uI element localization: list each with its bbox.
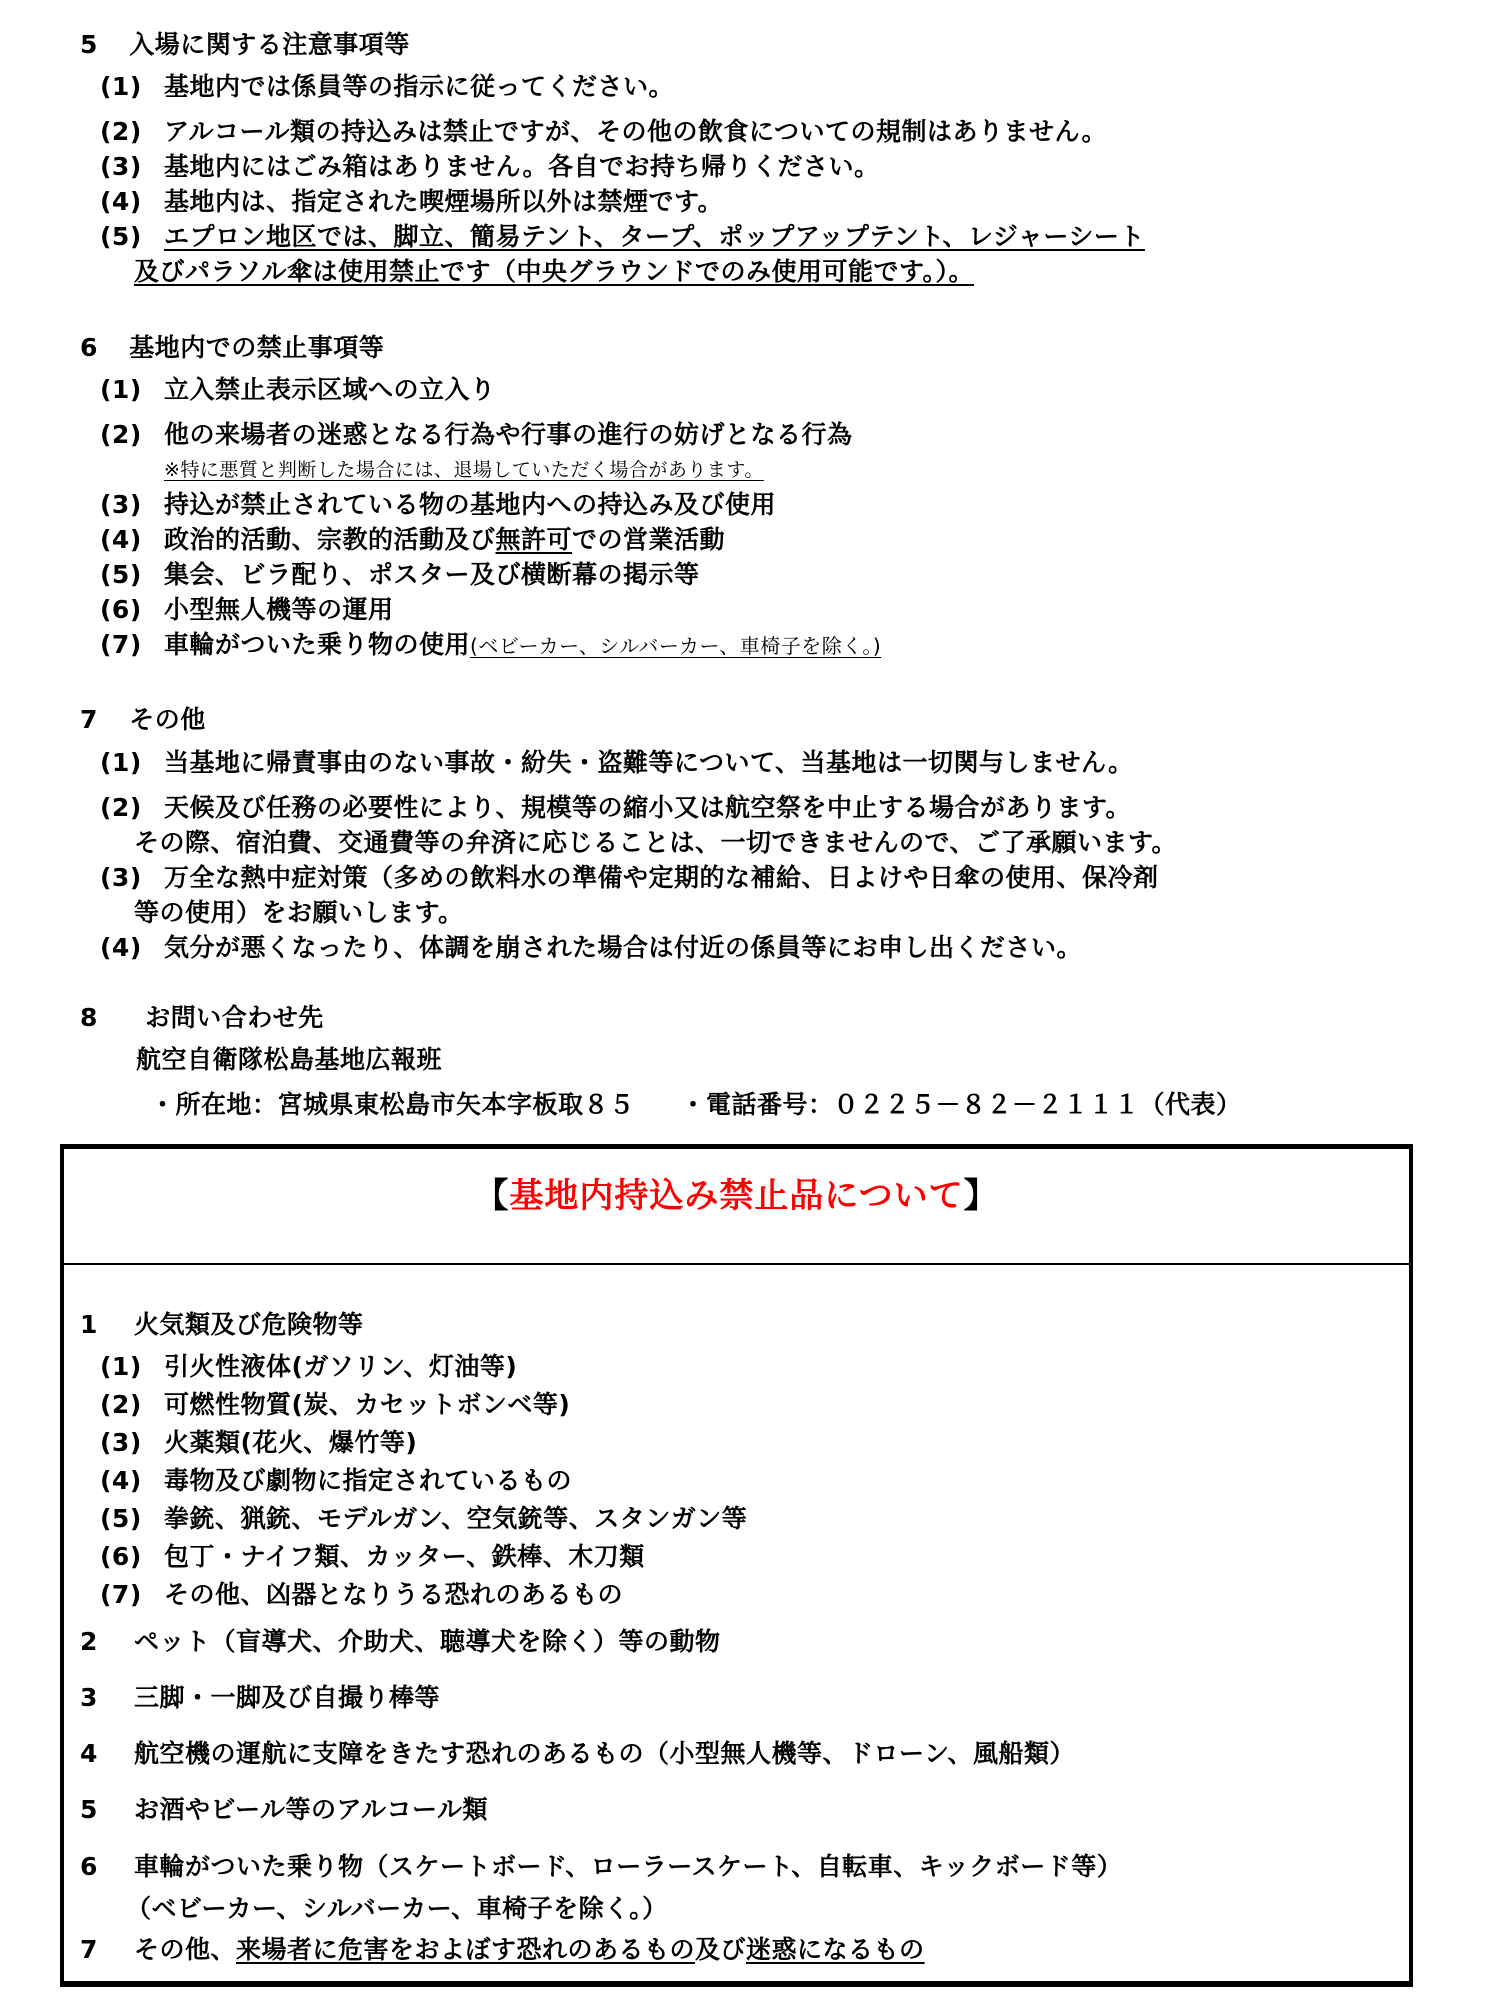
list-item: (5)集会、ビラ配り、ポスター及び横断幕の掲示等 [100, 560, 700, 590]
note: ※特に悪質と判断した場合には、退場していただく場合があります。 [164, 458, 764, 482]
prohibited-item: 3三脚・一脚及び自撮り棒等 [80, 1683, 440, 1713]
list-item: (3)持込が禁止されている物の基地内への持込み及び使用 [100, 490, 776, 520]
contact-phone: ０２２５－８２－２１１１（代表） [834, 1090, 1242, 1119]
contact-organization: 航空自衛隊松島基地広報班 [136, 1045, 442, 1075]
list-item: (5)エプロン地区では、脚立、簡易テント、タープ、ポップアップテント、レジャーシ… [100, 222, 1145, 252]
section-heading: 5 入場に関する注意事項等 [80, 30, 410, 60]
list-item: (4)政治的活動、宗教的活動及び無許可での営業活動 [100, 525, 725, 555]
prohibited-item: 5お酒やビール等のアルコール類 [80, 1795, 488, 1825]
contact-details: ・所在地：宮城県東松島市矢本字板取８５・電話番号：０２２５－８２－２１１１（代表… [150, 1090, 1242, 1120]
list-item: (3)万全な熱中症対策（多めの飲料水の準備や定期的な補給、日よけや日傘の使用、保… [100, 863, 1159, 893]
prohibited-item-continuation: （ベビーカー、シルバーカー、車椅子を除く。） [126, 1894, 668, 1924]
list-item: (3)基地内にはごみ箱はありません。各自でお持ち帰りください。 [100, 152, 880, 182]
section-heading: 7 その他 [80, 705, 206, 735]
list-item: (2)天候及び任務の必要性により、規模等の縮小又は航空祭を中止する場合があります… [100, 793, 1131, 823]
list-item: (7)車輪がついた乗り物の使用(ベビーカー、シルバーカー、車椅子を除く。) [100, 630, 881, 661]
prohibited-item: 6車輪がついた乗り物（スケートボード、ローラースケート、自転車、キックボード等） [80, 1852, 1122, 1882]
prohibited-subitem: (3)火薬類(花火、爆竹等) [100, 1428, 417, 1458]
prohibited-subitem: (5)拳銃、猟銃、モデルガン、空気銃等、スタンガン等 [100, 1504, 747, 1534]
list-item: (2)アルコール類の持込みは禁止ですが、その他の飲食についての規制はありません。 [100, 117, 1107, 147]
list-item: (1)当基地に帰責事由のない事故・紛失・盗難等について、当基地は一切関与しません… [100, 748, 1134, 778]
prohibited-item: 4航空機の運航に支障をきたす恐れのあるもの（小型無人機等、ドローン、風船類） [80, 1739, 1075, 1769]
list-item: (4)基地内は、指定された喫煙場所以外は禁煙です。 [100, 187, 723, 217]
list-item: (1)基地内では係員等の指示に従ってください。 [100, 72, 674, 102]
list-item-continuation: 及びパラソル傘は使用禁止です（中央グラウンドでのみ使用可能です。）。 [134, 257, 974, 287]
prohibited-subitem: (6)包丁・ナイフ類、カッター、鉄棒、木刀類 [100, 1542, 645, 1572]
list-item-continuation: その際、宿泊費、交通費等の弁済に応じることは、一切できませんので、ご了承願います… [134, 828, 1177, 858]
prohibited-subitem: (7)その他、凶器となりうる恐れのあるもの [100, 1580, 623, 1610]
section-heading: 6 基地内での禁止事項等 [80, 333, 384, 363]
list-item: (6)小型無人機等の運用 [100, 595, 394, 625]
section-heading: 8 お問い合わせ先 [80, 1003, 324, 1033]
prohibited-item: 7その他、来場者に危害をおよぼす恐れのあるもの及び迷惑になるもの [80, 1935, 925, 1965]
list-item: (4)気分が悪くなったり、体調を崩された場合は付近の係員等にお申し出ください。 [100, 933, 1082, 963]
prohibited-subitem: (1)引火性液体(ガソリン、灯油等) [100, 1352, 517, 1382]
list-item: (1)立入禁止表示区域への立入り [100, 375, 496, 405]
list-item-continuation: 等の使用）をお願いします。 [134, 898, 464, 928]
prohibited-item: 1火気類及び危険物等 [80, 1310, 364, 1340]
list-item: (2)他の来場者の迷惑となる行為や行事の進行の妨げとなる行為 [100, 420, 853, 450]
divider [64, 1263, 1409, 1265]
prohibited-item: 2ペット（盲導犬、介助犬、聴導犬を除く）等の動物 [80, 1627, 721, 1657]
contact-address: 宮城県東松島市矢本字板取８５ [278, 1090, 635, 1119]
prohibited-subitem: (4)毒物及び劇物に指定されているもの [100, 1466, 572, 1496]
box-title: 【基地内持込み禁止品について】 [64, 1176, 1409, 1216]
prohibited-subitem: (2)可燃性物質(炭、カセットボンベ等) [100, 1390, 570, 1420]
